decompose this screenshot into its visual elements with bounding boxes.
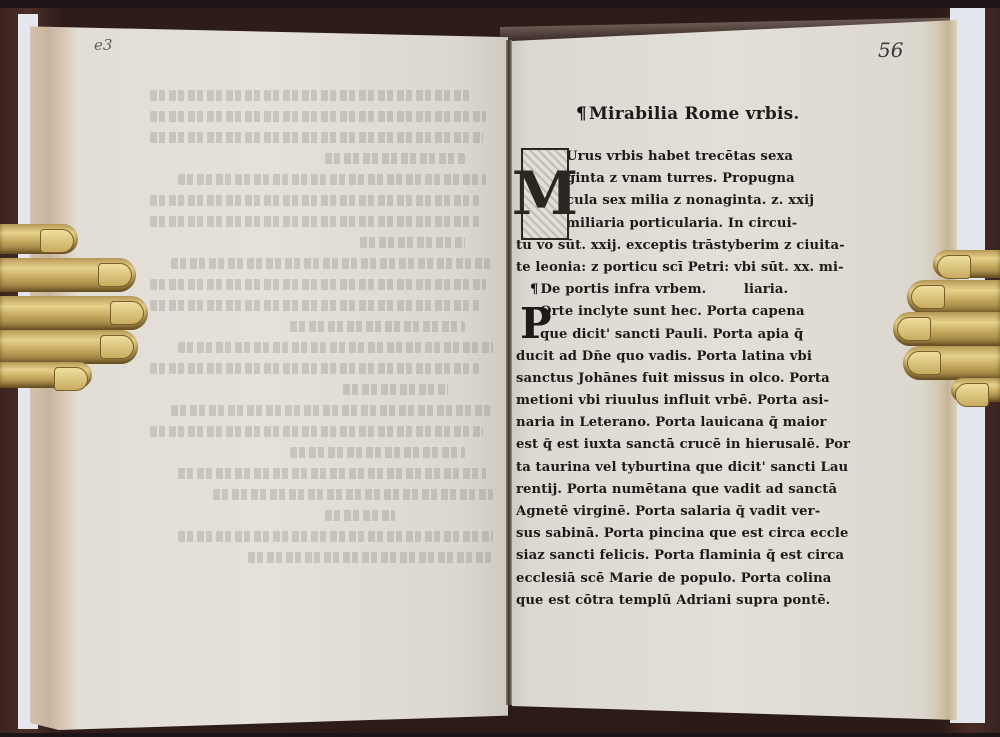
right-page-text: ¶Mirabilia Rome vrbis. M Urus vrbis habe… [516, 104, 828, 612]
text-line: ecclesiā scē Marie de populo. Porta coli… [516, 568, 828, 590]
text-line: metioni vbi riuulus influit vrbē. Porta … [516, 390, 828, 412]
initial-p: P [520, 303, 552, 345]
show-through-text [150, 90, 500, 573]
text-line: siaz sancti felicis. Porta flaminia q̄ e… [516, 545, 828, 567]
brass-hand-clip-left [0, 222, 150, 382]
text-line: ta taurina vel tyburtina que dicit' sanc… [516, 457, 828, 479]
text-line: sanctus Johānes fuit missus in olco. Por… [516, 368, 828, 390]
left-folio-number: e3 [94, 36, 112, 54]
text-line: que dicit' sancti Pauli. Porta apia q̄ [516, 324, 828, 346]
text-line: te leonia: z porticu scī Petri: vbi sūt.… [516, 257, 828, 279]
text-line: ducit ad Dn̄e quo vadis. Porta latina vb… [516, 346, 828, 368]
book-gutter [506, 40, 512, 705]
text-line: Agnetē virginē. Porta salaria q̄ vadit v… [516, 501, 828, 523]
text-line: que est cōtra templū Adriani supra pontē… [516, 590, 828, 612]
brass-hand-clip-right [893, 250, 1000, 400]
text-line: sus sabinā. Porta pincina que est circa … [516, 523, 828, 545]
right-folio-number: 56 [878, 38, 903, 62]
text-line: Orte inclyte sunt hec. Porta capena [516, 301, 828, 323]
text-line: est q̄ est iuxta sanctā crucē in hierusa… [516, 434, 828, 456]
text-line: naria in Leterano. Porta lauicana q̄ mai… [516, 412, 828, 434]
page-heading: ¶Mirabilia Rome vrbis. [576, 104, 828, 124]
book-photo: e3 56 ¶Mirabilia Rome vrbis. M Urus vrbi… [0, 0, 1000, 737]
text-line: rentij. Porta numētana que vadit ad sanc… [516, 479, 828, 501]
pilcrow-icon: ¶ [576, 104, 587, 124]
decorated-initial-m: M [521, 148, 569, 240]
pilcrow-icon: ¶ [530, 282, 539, 297]
section-heading: ¶De portis infra vrbem. liaria. [516, 279, 828, 301]
